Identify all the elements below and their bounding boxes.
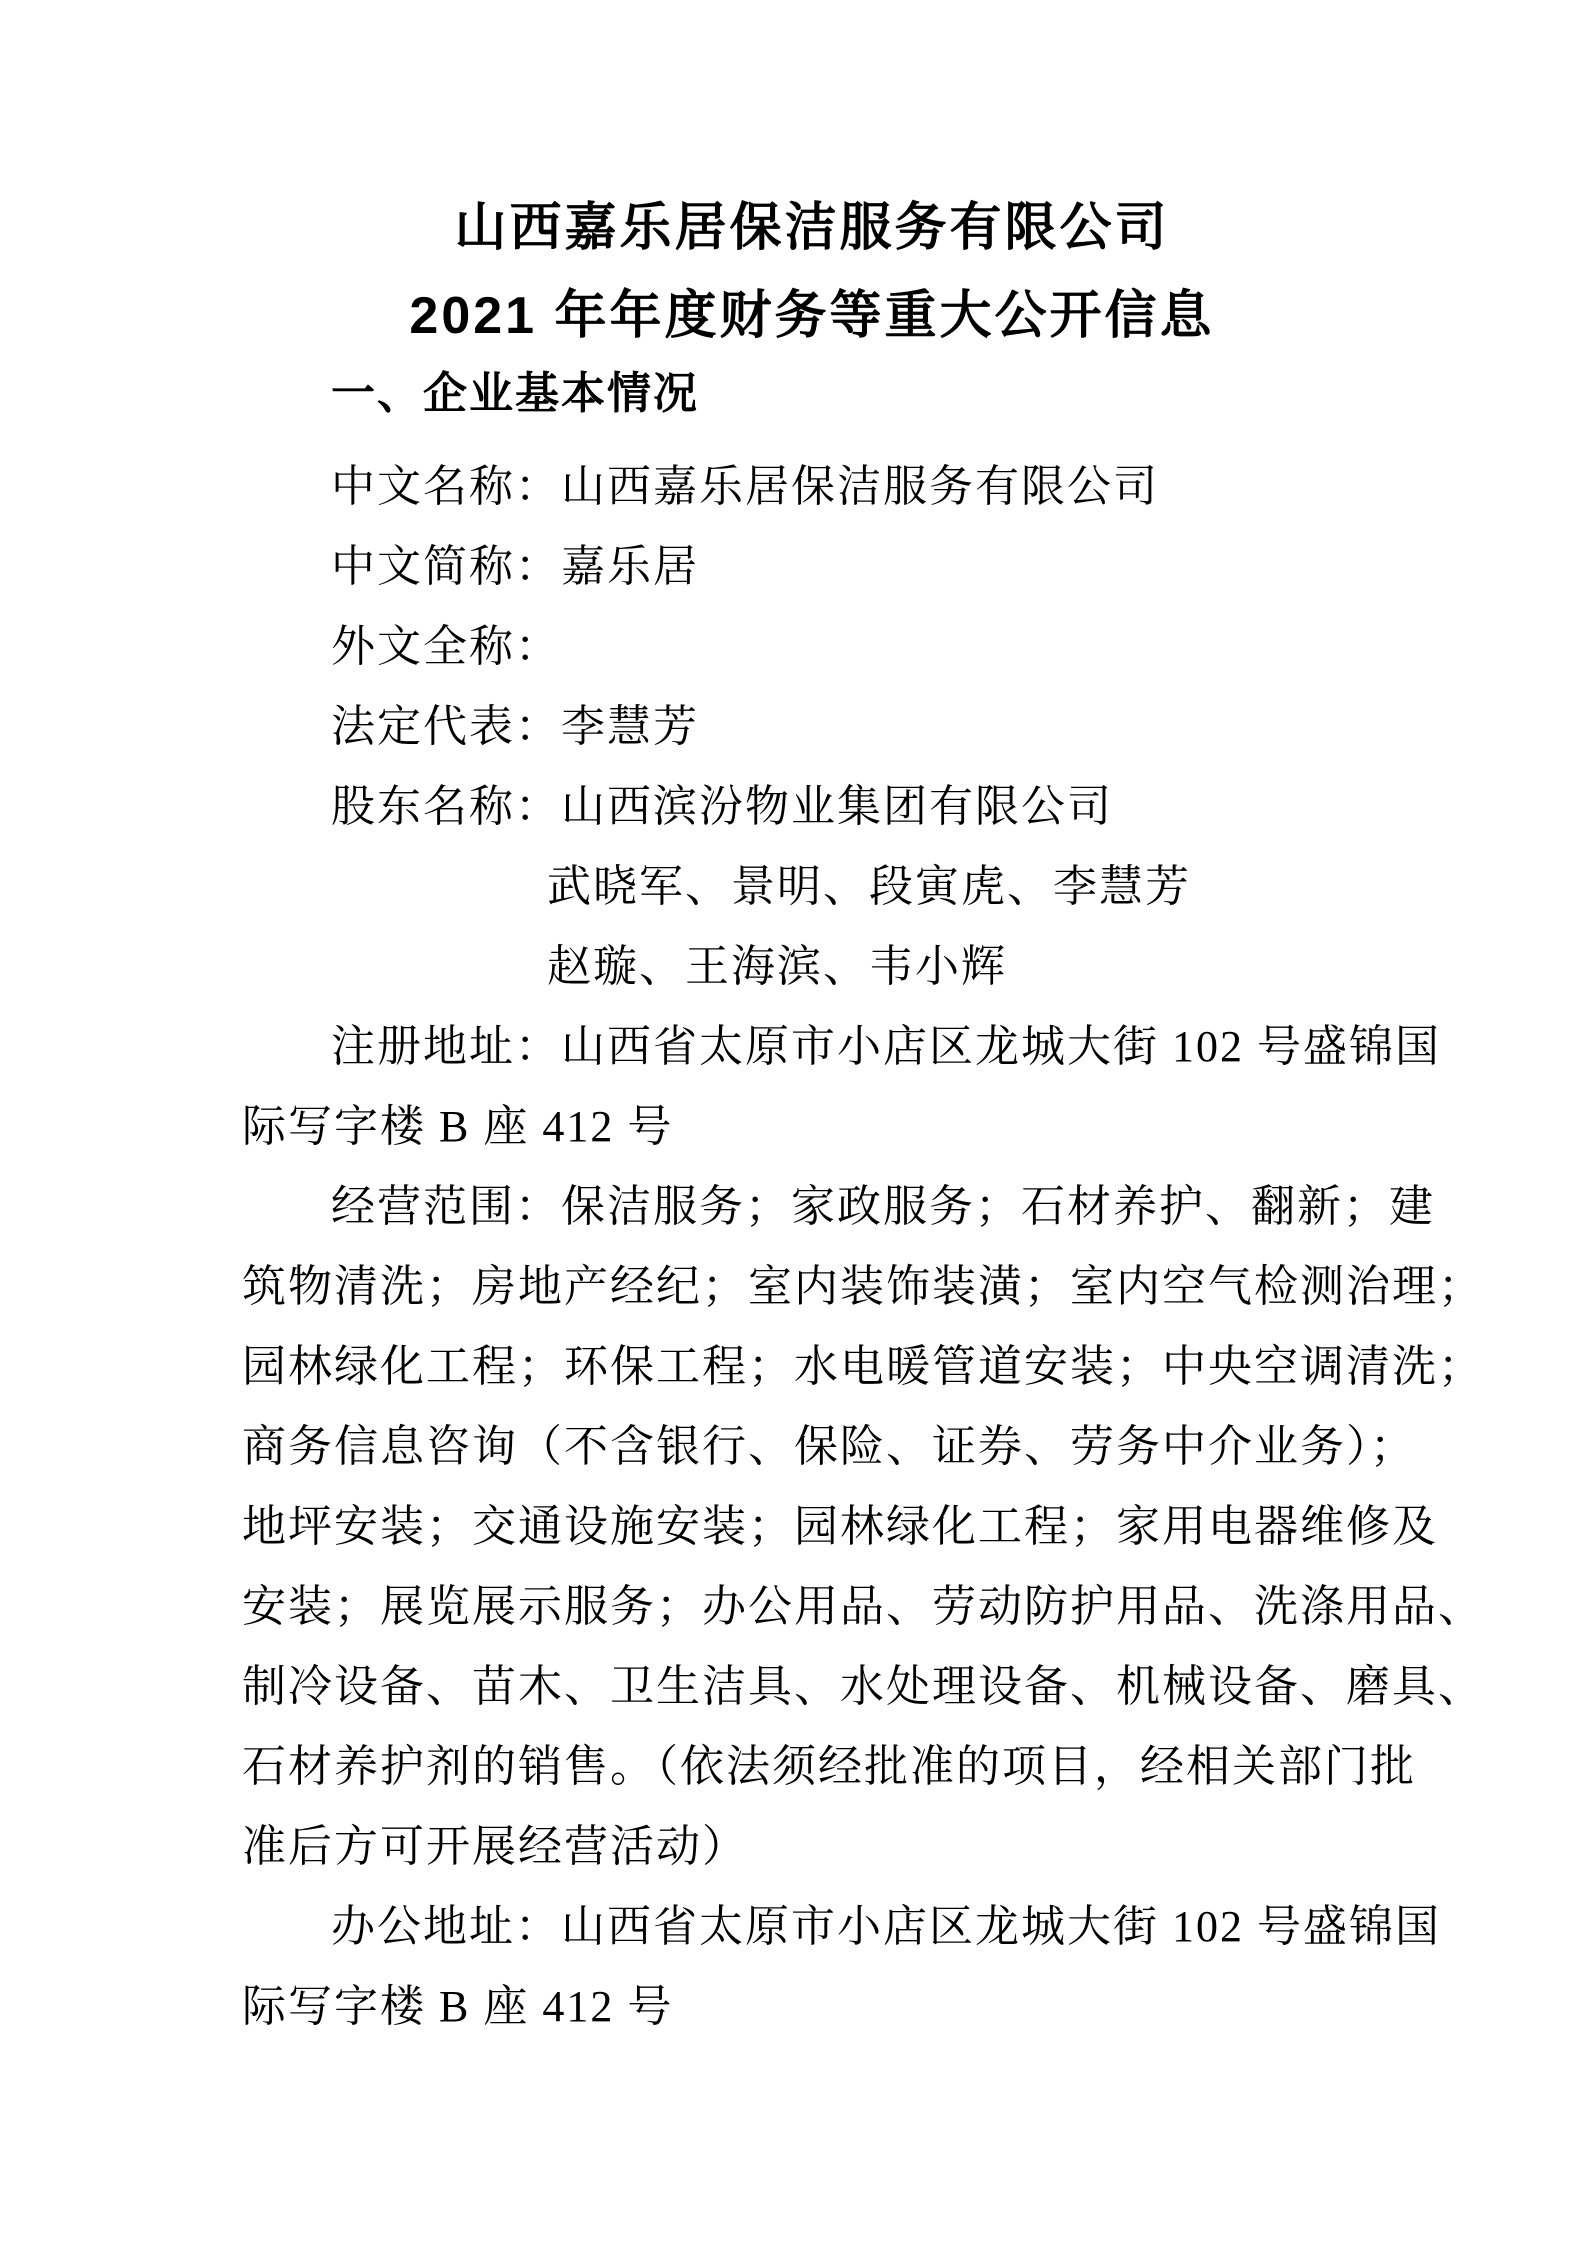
field-shareholders: 股东名称：山西滨汾物业集团有限公司 [242,767,1382,847]
field-office-address: 办公地址：山西省太原市小店区龙城大街 102 号盛锦国 [242,1887,1382,1967]
document-title-line-2: 2021 年年度财务等重大公开信息 [242,272,1382,360]
field-business-scope-cont: 商务信息咨询（不含银行、保险、证券、劳务中介业务）； [242,1407,1382,1487]
document-title: 山西嘉乐居保洁服务有限公司 2021 年年度财务等重大公开信息 [242,184,1382,360]
document-title-line-1: 山西嘉乐居保洁服务有限公司 [242,184,1382,272]
field-shareholders-cont-2: 赵璇、王海滨、韦小辉 [242,927,1382,1007]
field-shareholders-cont-1: 武晓军、景明、段寅虎、李慧芳 [242,847,1382,927]
field-legal-representative: 法定代表：李慧芳 [242,687,1382,767]
field-foreign-name: 外文全称： [242,607,1382,687]
document-body: 中文名称：山西嘉乐居保洁服务有限公司 中文简称：嘉乐居 外文全称： 法定代表：李… [242,447,1382,2047]
field-business-scope-cont: 园林绿化工程；环保工程；水电暖管道安装；中央空调清洗； [242,1327,1382,1407]
field-office-address-cont: 际写字楼 B 座 412 号 [242,1967,1382,2047]
field-registered-address: 注册地址：山西省太原市小店区龙城大街 102 号盛锦国 [242,1007,1382,1087]
document-page: 山西嘉乐居保洁服务有限公司 2021 年年度财务等重大公开信息 一、企业基本情况… [0,0,1587,2245]
field-business-scope-cont: 安装；展览展示服务；办公用品、劳动防护用品、洗涤用品、 [242,1567,1382,1647]
field-registered-address-cont: 际写字楼 B 座 412 号 [242,1087,1382,1167]
field-business-scope-cont: 准后方可开展经营活动） [242,1807,1382,1887]
field-business-scope-cont: 制冷设备、苗木、卫生洁具、水处理设备、机械设备、磨具、 [242,1647,1382,1727]
field-business-scope-cont: 地坪安装；交通设施安装；园林绿化工程；家用电器维修及 [242,1487,1382,1567]
field-chinese-name: 中文名称：山西嘉乐居保洁服务有限公司 [242,447,1382,527]
field-business-scope-cont: 筑物清洗；房地产经纪；室内装饰装潢；室内空气检测治理； [242,1247,1382,1327]
field-business-scope: 经营范围：保洁服务；家政服务；石材养护、翻新；建 [242,1167,1382,1247]
section-heading: 一、企业基本情况 [331,368,699,420]
field-business-scope-cont: 石材养护剂的销售。（依法须经批准的项目，经相关部门批 [242,1727,1382,1807]
field-chinese-short-name: 中文简称：嘉乐居 [242,527,1382,607]
